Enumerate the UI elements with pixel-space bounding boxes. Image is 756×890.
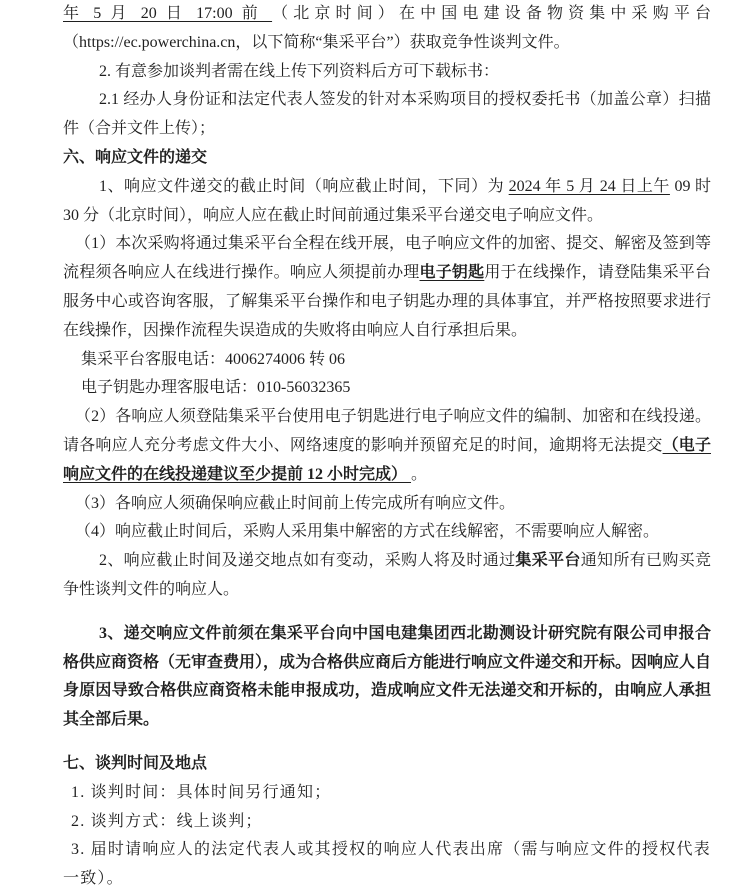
text-run: https://ec.powerchina.cn (79, 34, 235, 51)
p-platform-hotline: 集采平台客服电话：4006274006 转 06 (63, 346, 711, 375)
h-section-6: 六、响应文件的递交 (63, 144, 711, 173)
p-deadline: 1、响应文件递交的截止时间（响应截止时间，下同）为 2024 年 5 月 24 … (63, 173, 711, 231)
text-run: 2024 年 5 月 24 日上午 (509, 178, 670, 195)
p-centralized-decrypt: （4）响应截止时间后，采购人采用集中解密的方式在线解密，不需要响应人解密。 (63, 518, 711, 547)
text-run: 集采平台 (515, 552, 580, 569)
p-supplier-qualification: 3、递交响应文件前须在集采平台向中国电建集团西北勘测设计研究院有限公司申报合格供… (63, 620, 711, 735)
text-run: 六、响应文件的递交 (63, 149, 207, 166)
text-run: （4）响应截止时间后，采购人采用集中解密的方式在线解密，不需要响应人解密。 (75, 523, 659, 540)
text-run: 3、递交响应文件前须在集采平台向中国电建集团西北勘测设计研究院有限公司申报合格供… (63, 625, 711, 728)
text-run: 1、响应文件递交的截止时间（响应截止时间，下同）为 (99, 178, 509, 195)
text-run: （3）各响应人须确保响应截止时间前上传完成所有响应文件。 (75, 495, 515, 512)
text-run: 2、响应截止时间及递交地点如有变动，采购人将及时通过 (99, 552, 515, 569)
text-run: 电子钥匙 (420, 264, 485, 281)
text-run: 2.1 经办人身份证和法定代表人签发的针对本采购项目的授权委托书（加盖公章）扫描… (63, 91, 711, 137)
p-online-submission: （2）各响应人须登陆集采平台使用电子钥匙进行电子响应文件的编制、加密和在线投递。… (63, 403, 711, 489)
text-run: ，以下简称“集采平台”）获取竞争性谈判文件。 (235, 34, 569, 51)
p-online-operation: （1）本次采购将通过集采平台全程在线开展，电子响应文件的加密、提交、解密及签到等… (63, 230, 711, 345)
text-run: 七、谈判时间及地点 (63, 755, 207, 772)
h-section-7: 七、谈判时间及地点 (63, 750, 711, 779)
text-run: 电子钥匙办理客服电话：010-56032365 (81, 379, 350, 396)
text-run: 年 5 月 20 日 17:00 前 (63, 5, 272, 22)
p-change-notice: 2、响应截止时间及递交地点如有变动，采购人将及时通过集采平台通知所有已购买竞争性… (63, 547, 711, 605)
p-authorization-scan: 2.1 经办人身份证和法定代表人签发的针对本采购项目的授权委托书（加盖公章）扫描… (63, 86, 711, 144)
text-run: 2. 谈判方式：线上谈判； (71, 813, 263, 830)
p-negotiation-time: 1. 谈判时间：具体时间另行通知； (63, 779, 711, 808)
text-run: 1. 谈判时间：具体时间另行通知； (71, 784, 331, 801)
p-upload-complete: （3）各响应人须确保响应截止时间前上传完成所有响应文件。 (63, 490, 711, 519)
text-run: 3. 届时请响应人的法定代表人或其授权的响应人代表出席（需与响应文件的授权代表一… (63, 841, 711, 887)
text-run: 。 (411, 466, 427, 483)
document-content: 年 5 月 20 日 17:00 前 （北京时间）在中国电建设备物资集中采购平台… (63, 0, 711, 890)
text-run: 集采平台客服电话：4006274006 转 06 (81, 351, 345, 368)
text-run: 2. 有意参加谈判者需在线上传下列资料后方可下载标书： (99, 63, 499, 80)
document-page: 年 5 月 20 日 17:00 前 （北京时间）在中国电建设备物资集中采购平台… (0, 0, 756, 890)
text-run: （2）各响应人须登陆集采平台使用电子钥匙进行电子响应文件的编制、加密和在线投递。… (63, 408, 711, 454)
p-ekey-hotline: 电子钥匙办理客服电话：010-56032365 (63, 374, 711, 403)
p-doc-acquire: 年 5 月 20 日 17:00 前 （北京时间）在中国电建设备物资集中采购平台… (63, 0, 711, 58)
p-negotiation-method: 2. 谈判方式：线上谈判； (63, 808, 711, 837)
p-attendance: 3. 届时请响应人的法定代表人或其授权的响应人代表出席（需与响应文件的授权代表一… (63, 836, 711, 890)
p-upload-note: 2. 有意参加谈判者需在线上传下列资料后方可下载标书： (63, 58, 711, 87)
